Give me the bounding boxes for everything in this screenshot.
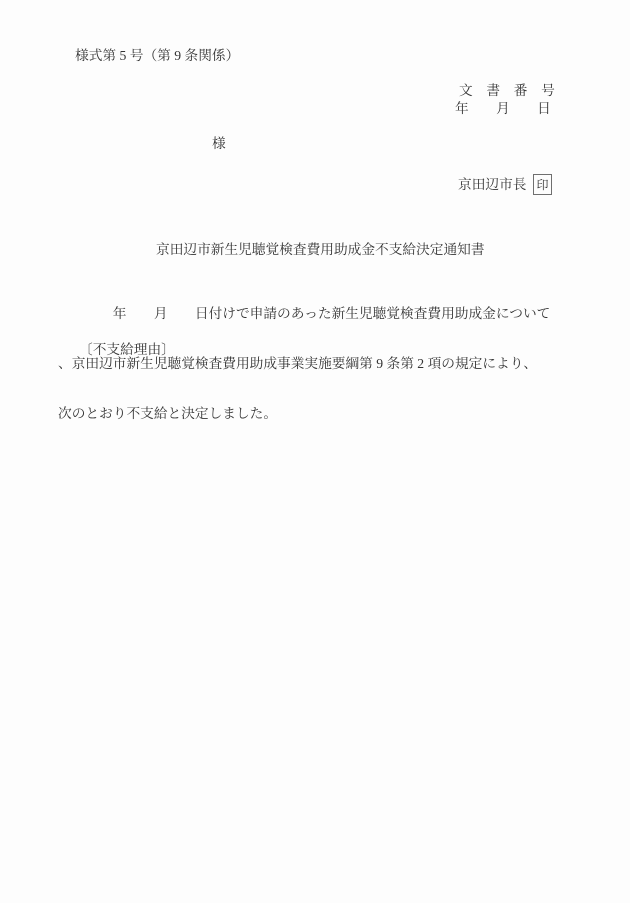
body-line: 年 月 日付けで申請のあった新生児聴覚検査費用助成金について bbox=[58, 305, 550, 324]
addressee-suffix: 様 bbox=[212, 136, 226, 152]
document-number-label: 文 書 番 号 bbox=[459, 83, 555, 99]
document-title: 京田辺市新生児聴覚検査費用助成金不支給決定通知書 bbox=[156, 242, 485, 258]
seal-mark: 印 bbox=[536, 179, 548, 191]
non-payment-reason-label: 〔不支給理由〕 bbox=[79, 342, 175, 358]
body-line: 次のとおり不支給と決定しました。 bbox=[58, 405, 550, 424]
document-page: 様式第 5 号（第 9 条関係） 文 書 番 号 年 月 日 様 京田辺市長 印… bbox=[0, 0, 630, 903]
form-number-label: 様式第 5 号（第 9 条関係） bbox=[75, 48, 239, 64]
seal-box: 印 bbox=[533, 174, 552, 195]
date-line: 年 月 日 bbox=[455, 101, 551, 117]
sender-name: 京田辺市長 bbox=[458, 177, 526, 193]
body-paragraph: 年 月 日付けで申請のあった新生児聴覚検査費用助成金について 、京田辺市新生児聴… bbox=[58, 273, 550, 455]
